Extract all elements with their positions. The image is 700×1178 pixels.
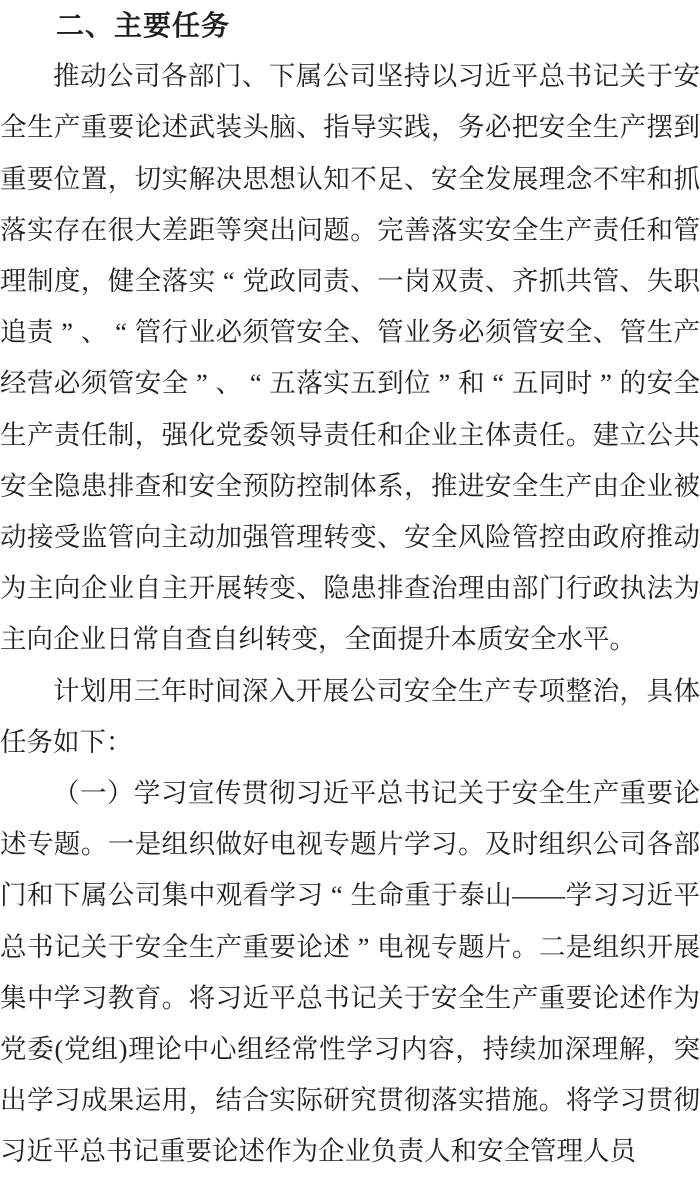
paragraph: （一）学习宣传贯彻习近平总书记关于安全生产重要论述专题。一是组织做好电视专题片学… bbox=[0, 768, 700, 1178]
paragraph: 推动公司各部门、下属公司坚持以习近平总书记关于安全生产重要论述武装头脑、指导实践… bbox=[0, 51, 700, 665]
document-body: 推动公司各部门、下属公司坚持以习近平总书记关于安全生产重要论述武装头脑、指导实践… bbox=[0, 51, 700, 1177]
document-page: 二、主要任务 推动公司各部门、下属公司坚持以习近平总书记关于安全生产重要论述武装… bbox=[0, 0, 700, 1178]
section-heading: 二、主要任务 bbox=[0, 0, 700, 51]
paragraph: 计划用三年时间深入开展公司安全生产专项整治，具体任务如下： bbox=[0, 666, 700, 768]
